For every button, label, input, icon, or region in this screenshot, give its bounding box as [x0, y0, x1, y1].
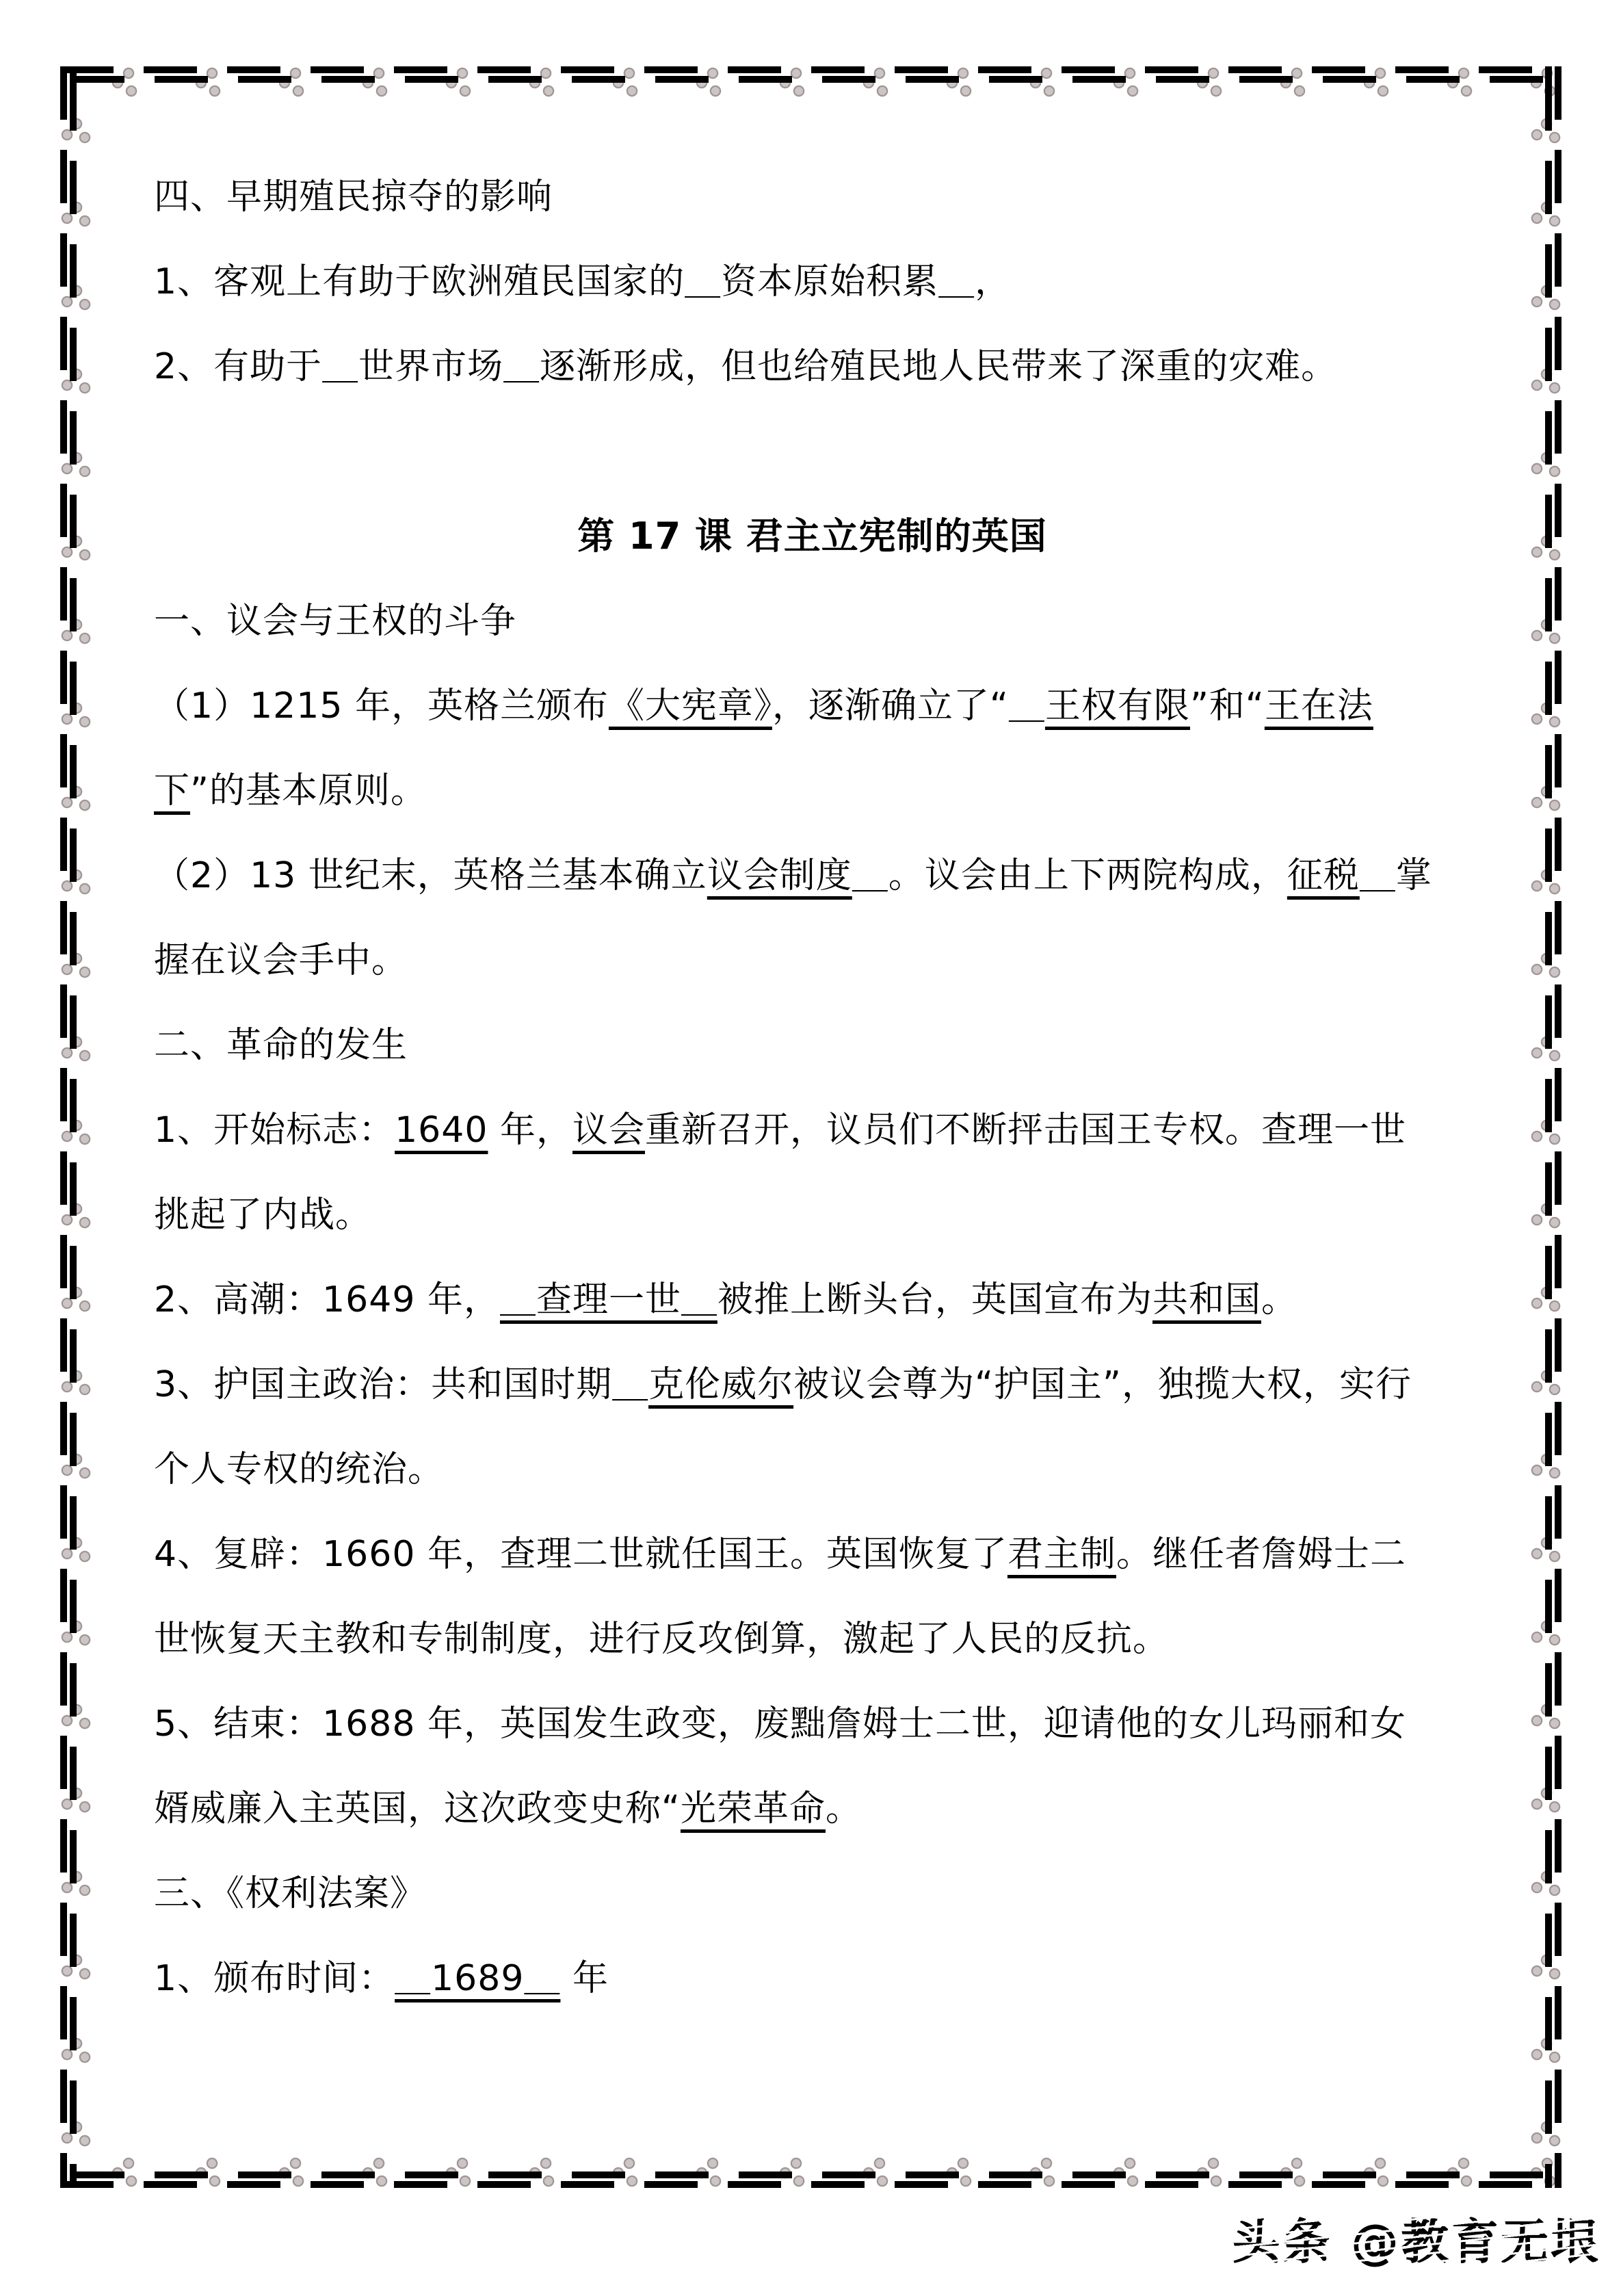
underlined-answer-text: 君主制 — [1007, 1534, 1116, 1575]
underlined-answer-text: 《大宪章》 — [609, 686, 772, 727]
text-segment: 二、革命的发生 — [154, 1025, 408, 1066]
document-body: 四、早期殖民掠夺的影响1、客观上有助于欧洲殖民国家的＿资本原始积累＿，2、有助于… — [154, 155, 1471, 2021]
border-edge-right — [1530, 66, 1561, 2188]
text-segment: ”和“ — [1190, 686, 1265, 727]
underlined-answer-text: 征税 — [1287, 855, 1360, 896]
text-segment: ”的基本原则。 — [190, 770, 427, 811]
lesson-title: 第 17 课 君主立宪制的英国 — [154, 494, 1471, 579]
text-segment: 2、高潮：1649 年， — [154, 1279, 500, 1320]
text-line: 个人专权的统治。 — [154, 1427, 1471, 1512]
text-line: 2、有助于＿世界市场＿逐渐形成，但也给殖民地人民带来了深重的灾难。 — [154, 324, 1471, 409]
text-segment: 被议会尊为“护国主”，独揽大权，实行 — [793, 1364, 1412, 1405]
underlined-answer-text: 共和国 — [1152, 1279, 1261, 1320]
text-segment: 。继任者詹姆士二 — [1116, 1534, 1406, 1575]
blank-line — [154, 409, 1471, 494]
document-page: 四、早期殖民掠夺的影响1、客观上有助于欧洲殖民国家的＿资本原始积累＿，2、有助于… — [0, 0, 1621, 2296]
text-segment: 年， — [488, 1110, 572, 1151]
text-segment: （1）1215 年，英格兰颁布 — [154, 686, 609, 727]
text-line: 一、议会与王权的斗争 — [154, 579, 1471, 664]
text-segment: 年 — [560, 1958, 609, 1999]
text-segment: 1、颁布时间： — [154, 1958, 395, 1999]
underlined-answer-text: 议会 — [572, 1110, 645, 1151]
text-segment: ＿。议会由上下两院构成， — [852, 855, 1287, 896]
text-segment: （2）13 世纪末，英格兰基本确立 — [154, 855, 707, 896]
text-segment: 。 — [1261, 1279, 1297, 1320]
text-segment: 。 — [826, 1788, 862, 1829]
text-line: （2）13 世纪末，英格兰基本确立议会制度＿。议会由上下两院构成，征税＿掌 — [154, 833, 1471, 918]
text-segment: 被推上断头台，英国宣布为 — [717, 1279, 1152, 1320]
text-line: 二、革命的发生 — [154, 1003, 1471, 1088]
text-segment: 三、《权利法案》 — [154, 1873, 426, 1914]
underlined-answer-text: 克伦威尔 — [648, 1364, 793, 1405]
text-line: 1、颁布时间：＿1689＿ 年 — [154, 1936, 1471, 2021]
text-segment: 5、结束：1688 年，英国发生政变，废黜詹姆士二世，迎请他的女儿玛丽和女 — [154, 1704, 1406, 1745]
text-segment: 1、开始标志： — [154, 1110, 395, 1151]
text-line: 四、早期殖民掠夺的影响 — [154, 155, 1471, 239]
underlined-answer-text: ＿1689＿ — [395, 1958, 560, 1999]
text-segment: 1、客观上有助于欧洲殖民国家的＿资本原始积累＿， — [154, 261, 1011, 302]
text-line: 5、结束：1688 年，英国发生政变，废黜詹姆士二世，迎请他的女儿玛丽和女 — [154, 1682, 1471, 1766]
text-segment: 个人专权的统治。 — [154, 1449, 444, 1490]
text-segment: 婿威廉入主英国，这次政变史称“ — [154, 1788, 681, 1829]
text-line: 世恢复天主教和专制制度，进行反攻倒算，激起了人民的反抗。 — [154, 1597, 1471, 1682]
text-segment: 4、复辟：1660 年，查理二世就任国王。英国恢复了 — [154, 1534, 1007, 1575]
underlined-answer-text: 光荣革命 — [681, 1788, 826, 1829]
text-line: 1、客观上有助于欧洲殖民国家的＿资本原始积累＿， — [154, 239, 1471, 324]
text-segment: 2、有助于＿世界市场＿逐渐形成，但也给殖民地人民带来了深重的灾难。 — [154, 346, 1337, 387]
text-line: 下”的基本原则。 — [154, 748, 1471, 833]
text-segment: ＿掌 — [1360, 855, 1432, 896]
text-segment: 四、早期殖民掠夺的影响 — [154, 177, 553, 218]
underlined-answer-text: 1640 — [395, 1110, 488, 1151]
underlined-answer-text: 议会制度 — [707, 855, 852, 896]
text-line: 1、开始标志：1640 年，议会重新召开，议员们不断抨击国王专权。查理一世 — [154, 1088, 1471, 1173]
text-line: 三、《权利法案》 — [154, 1851, 1471, 1936]
text-line: （1）1215 年，英格兰颁布《大宪章》，逐渐确立了“＿王权有限”和“王在法 — [154, 664, 1471, 748]
text-line: 4、复辟：1660 年，查理二世就任国王。英国恢复了君主制。继任者詹姆士二 — [154, 1512, 1471, 1597]
text-segment: 世恢复天主教和专制制度，进行反攻倒算，激起了人民的反抗。 — [154, 1619, 1169, 1660]
border-edge-top — [60, 66, 1561, 98]
text-segment: ，逐渐确立了“＿ — [772, 686, 1045, 727]
underlined-answer-text: 王在法 — [1265, 686, 1373, 727]
underlined-answer-text: 下 — [154, 770, 190, 811]
watermark: 头条 @教育无垠 — [1233, 2204, 1600, 2273]
text-segment: 第 17 课 君主立宪制的英国 — [577, 514, 1047, 558]
text-segment: 握在议会手中。 — [154, 940, 408, 981]
text-segment: 3、护国主政治：共和国时期＿ — [154, 1364, 648, 1405]
text-line: 3、护国主政治：共和国时期＿克伦威尔被议会尊为“护国主”，独揽大权，实行 — [154, 1342, 1471, 1427]
text-line: 婿威廉入主英国，这次政变史称“光荣革命。 — [154, 1766, 1471, 1851]
text-segment: 一、议会与王权的斗争 — [154, 601, 516, 642]
text-line: 2、高潮：1649 年，＿查理一世＿被推上断头台，英国宣布为共和国。 — [154, 1257, 1471, 1342]
border-edge-bottom — [60, 2156, 1561, 2188]
text-line: 挑起了内战。 — [154, 1173, 1471, 1257]
underlined-answer-text: ＿查理一世＿ — [500, 1279, 717, 1320]
underlined-answer-text: 王权有限 — [1045, 686, 1190, 727]
text-line: 握在议会手中。 — [154, 918, 1471, 1003]
border-edge-left — [60, 66, 92, 2188]
text-segment: 挑起了内战。 — [154, 1195, 371, 1236]
text-segment: 重新召开，议员们不断抨击国王专权。查理一世 — [645, 1110, 1406, 1151]
